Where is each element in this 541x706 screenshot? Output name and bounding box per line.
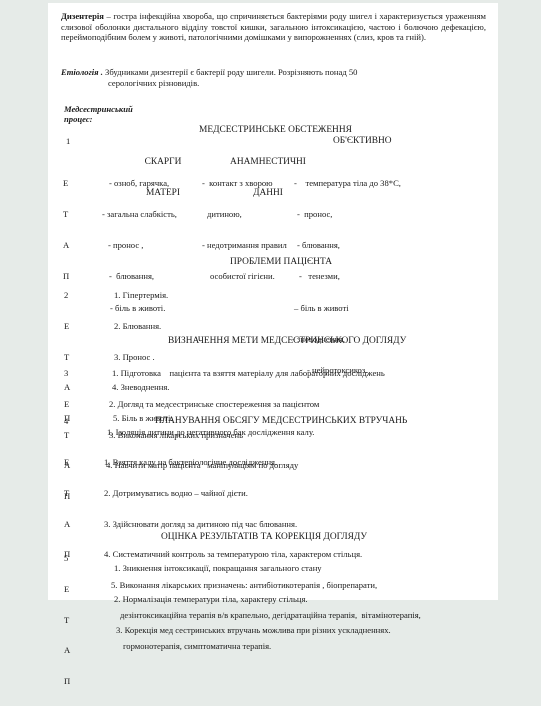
complaint-item: - озноб, гарячка, xyxy=(102,178,177,188)
etiology-text: Збудниками дизентерії є бактерії роду ши… xyxy=(103,67,358,77)
stage-letter: Е xyxy=(63,178,72,188)
stage4-item-isolation: 1. Ізоляція дитини до негативного бак до… xyxy=(107,427,314,437)
anamnesis-list: - контакт з хворою дитиною, - недотриман… xyxy=(202,157,287,303)
document-page: Дизентерія – гостра інфекційна хвороба, … xyxy=(48,3,498,600)
objective-item: - пронос, xyxy=(281,209,401,219)
stage-letter: Е xyxy=(64,399,73,409)
etiology-line: Етіологія . Збудниками дизентерії є бакт… xyxy=(61,67,357,78)
definition-paragraph: Дизентерія – гостра інфекційна хвороба, … xyxy=(61,11,486,43)
stage-letter: Т xyxy=(63,209,72,219)
stage4-title: ПЛАНУВАННЯ ОБСЯГУ МЕДСЕСТРИНСЬКИХ ВТРУЧА… xyxy=(155,416,407,427)
nursing-process-label-line1: Медсестринський xyxy=(64,104,133,114)
intervention-item: 1. Взяття калу на бактеріологічне дослід… xyxy=(104,457,421,467)
stage-letter: Е xyxy=(64,321,73,331)
complaint-item: - загальна слабкість, xyxy=(102,209,177,219)
stage-letter: Т xyxy=(64,488,73,498)
evaluation-item: 1. Зникнення інтоксикації, покращання за… xyxy=(114,563,391,573)
evaluation-item: 2. Нормалізація температури тіла, характ… xyxy=(114,594,391,600)
objective-item: – біль в животі xyxy=(281,303,401,313)
objective-item: - тенезми, xyxy=(281,271,401,281)
goal-item: 2. Догляд та медсестринське спостереженн… xyxy=(109,399,385,409)
objective-item: - блювання, xyxy=(281,240,401,250)
anamnesis-item: - недотримання правил xyxy=(202,240,287,250)
goal-item: 1. Підготовка пацієнта та взяття матеріа… xyxy=(109,368,385,378)
stage-letter: 5 xyxy=(64,553,73,563)
etiology-label: Етіологія . xyxy=(61,67,103,77)
definition-text: – гостра інфекційна хвороба, що спричиня… xyxy=(61,11,486,42)
anamnesis-item: особистої гігієни. xyxy=(202,271,287,281)
stage1-number: 1 xyxy=(66,136,70,146)
stage4-number: 4 xyxy=(64,416,68,426)
stage-letter: А xyxy=(64,519,73,529)
objective-item: - температура тіла до 38*С, xyxy=(281,178,401,188)
stage-letter: 3 xyxy=(64,368,73,378)
anamnesis-item: дитиною, xyxy=(202,209,287,219)
problem-item: 2. Блювання. xyxy=(111,321,173,331)
stage5-letters: 5 Е Т А П xyxy=(64,533,73,600)
stage-letter: Е xyxy=(64,584,73,594)
anamnesis-item: - контакт з хворою xyxy=(202,178,287,188)
etiology-line-2: серологічних різновидів. xyxy=(108,78,199,89)
intervention-item: 2. Дотримуватись водно – чайної дієти. xyxy=(104,488,421,498)
stage-letter: 2 xyxy=(64,290,73,300)
intervention-item: 3. Здійснювати догляд за дитиною під час… xyxy=(104,519,421,529)
stage5-title: ОЦІНКА РЕЗУЛЬТАТІВ ТА КОРЕКЦІЯ ДОГЛЯДУ xyxy=(161,532,367,543)
objective-header: ОБ'ЄКТИВНО xyxy=(333,136,392,146)
term-dysentery: Дизентерія xyxy=(61,11,104,21)
nursing-process-label: Медсестринський процес: xyxy=(64,104,133,125)
stage1-title: МЕДСЕСТРИНСЬКЕ ОБСТЕЖЕННЯ xyxy=(199,125,352,136)
nursing-process-label-line2: процес: xyxy=(64,114,133,124)
stage-letter: Е xyxy=(64,457,73,467)
stage2-title: ПРОБЛЕМИ ПАЦІЄНТА xyxy=(230,257,332,268)
stage5-list: 1. Зникнення інтоксикації, покращання за… xyxy=(114,543,391,600)
stage-letter: А xyxy=(63,240,72,250)
stage3-title: ВИЗНАЧЕННЯ МЕТИ МЕДСЕСТРИНСЬКОГО ДОГЛЯДУ xyxy=(168,336,406,347)
problem-item: 1. Гіпертермія. xyxy=(111,290,173,300)
complaint-item: - пронос , xyxy=(102,240,177,250)
